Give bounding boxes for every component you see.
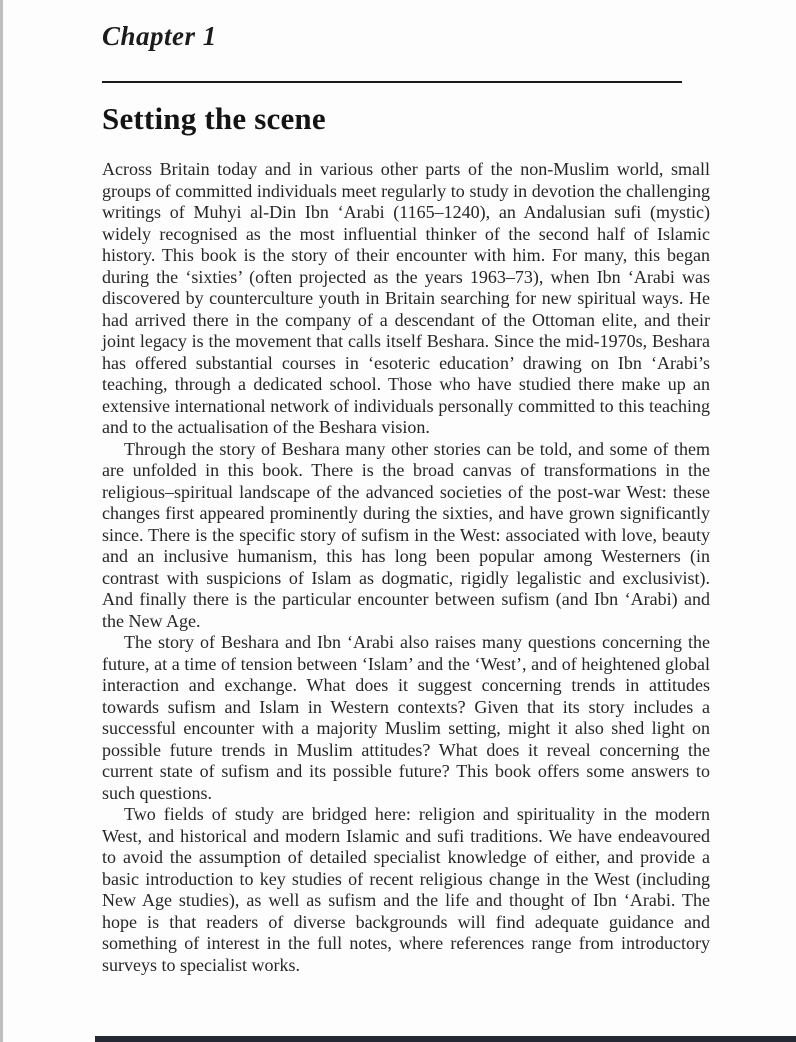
section-title: Setting the scene xyxy=(102,100,710,138)
page-content: Chapter 1 Setting the scene Across Brita… xyxy=(102,0,710,976)
chapter-label: Chapter 1 xyxy=(102,0,710,53)
paragraph-2: Through the story of Beshara many other … xyxy=(102,439,710,633)
book-page: Chapter 1 Setting the scene Across Brita… xyxy=(0,0,796,1042)
paragraph-3: The story of Beshara and Ibn ‘Arabi also… xyxy=(102,632,710,804)
page-left-edge-shadow xyxy=(0,0,3,1042)
page-bottom-edge-shadow xyxy=(95,1036,796,1042)
chapter-rule xyxy=(102,81,682,83)
paragraph-4: Two fields of study are bridged here: re… xyxy=(102,804,710,976)
body-text: Across Britain today and in various othe… xyxy=(102,159,710,976)
paragraph-1: Across Britain today and in various othe… xyxy=(102,159,710,439)
